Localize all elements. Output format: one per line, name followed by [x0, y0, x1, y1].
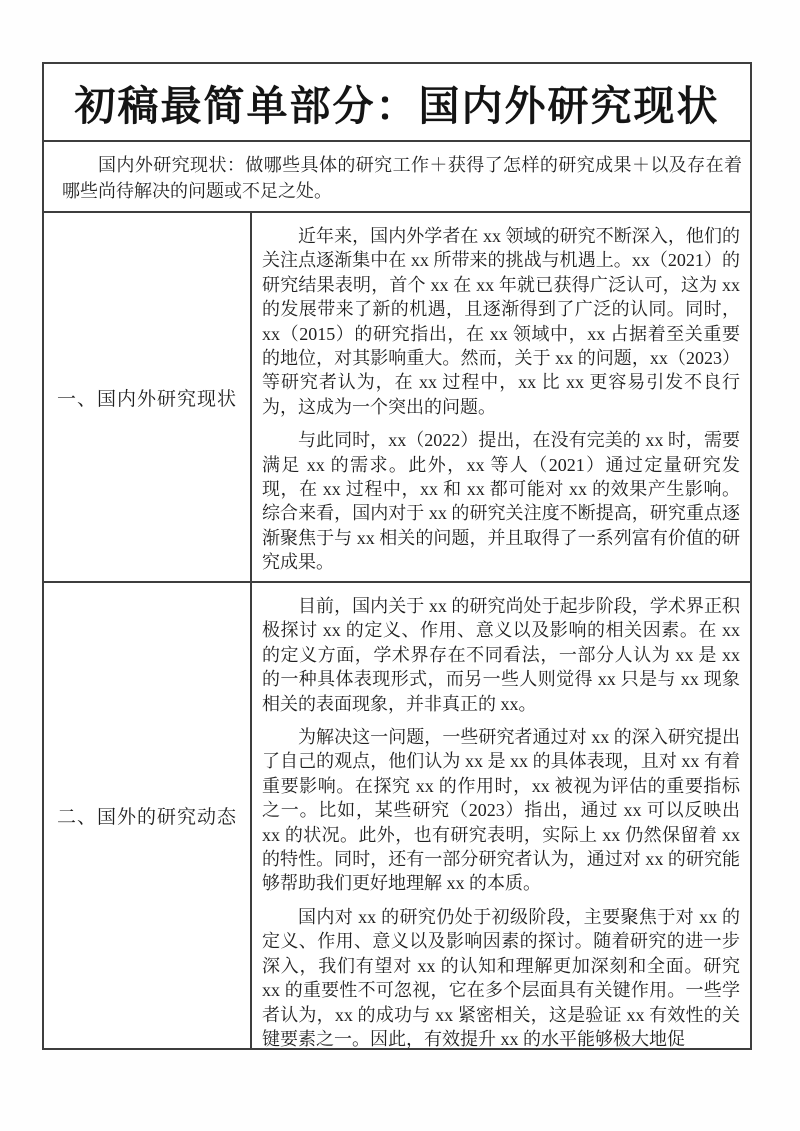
section-label: 二、国外的研究动态 — [57, 802, 237, 829]
page-title: 初稿最简单部分：国内外研究现状 — [75, 73, 720, 132]
section-label: 一、国内外研究现状 — [57, 384, 237, 411]
table-row-foreign-research-trends: 二、国外的研究动态 目前，国内关于 xx 的研究尚处于起步阶段，学术界正积极探讨… — [44, 583, 750, 1048]
row-label-cell: 一、国内外研究现状 — [44, 213, 252, 581]
paragraph: 与此同时，xx（2022）提出，在没有完美的 xx 时，需要满足 xx 的需求。… — [262, 428, 740, 574]
paragraph: 国内对 xx 的研究仍处于初级阶段，主要聚焦于对 xx 的定义、作用、意义以及影… — [262, 905, 740, 1048]
title-section: 初稿最简单部分：国内外研究现状 — [44, 64, 750, 142]
intro-note: 国内外研究现状：做哪些具体的研究工作＋获得了怎样的研究成果＋以及存在着哪些尚待解… — [62, 152, 742, 204]
paragraph: 目前，国内关于 xx 的研究尚处于起步阶段，学术界正积极探讨 xx 的定义、作用… — [262, 594, 740, 716]
intro-section: 国内外研究现状：做哪些具体的研究工作＋获得了怎样的研究成果＋以及存在着哪些尚待解… — [44, 142, 750, 213]
row-label-cell: 二、国外的研究动态 — [44, 583, 252, 1048]
paragraph: 近年来，国内外学者在 xx 领域的研究不断深入，他们的关注点逐渐集中在 xx 所… — [262, 224, 740, 419]
row-content-cell: 目前，国内关于 xx 的研究尚处于起步阶段，学术界正积极探讨 xx 的定义、作用… — [252, 583, 750, 1048]
scanned-document-page: 初稿最简单部分：国内外研究现状 国内外研究现状：做哪些具体的研究工作＋获得了怎样… — [0, 0, 800, 1131]
paragraph: 为解决这一问题，一些研究者通过对 xx 的深入研究提出了自己的观点，他们认为 x… — [262, 725, 740, 896]
document-outer-frame: 初稿最简单部分：国内外研究现状 国内外研究现状：做哪些具体的研究工作＋获得了怎样… — [42, 62, 752, 1050]
row-content-cell: 近年来，国内外学者在 xx 领域的研究不断深入，他们的关注点逐渐集中在 xx 所… — [252, 213, 750, 581]
table-row-domestic-foreign-status: 一、国内外研究现状 近年来，国内外学者在 xx 领域的研究不断深入，他们的关注点… — [44, 213, 750, 583]
